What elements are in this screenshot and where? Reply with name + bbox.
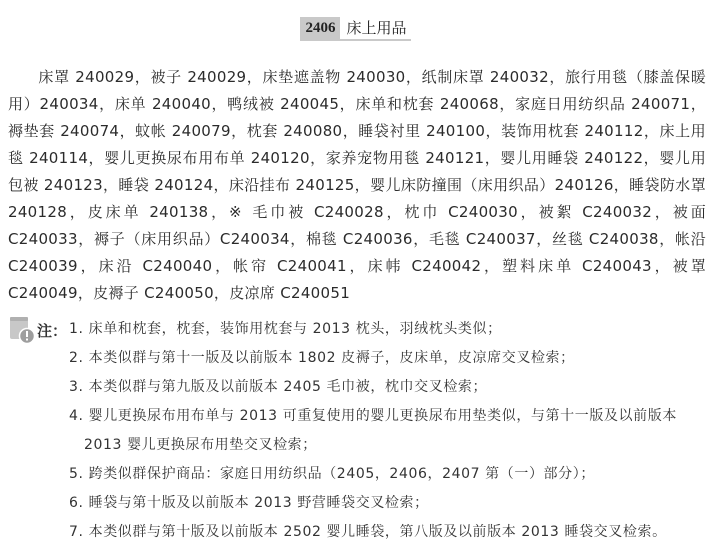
note-item: 3. 本类似群与第九版及以前版本 2405 毛巾被，枕巾交叉检索；: [69, 374, 705, 401]
note-item: 4. 婴儿更换尿布用布单与 2013 可重复使用的婴儿更换尿布用垫类似，与第十一…: [69, 403, 705, 430]
note-item: 2. 本类似群与第十一版及以前版本 1802 皮褥子，皮床单，皮凉席交叉检索；: [69, 345, 705, 372]
section-title: 2406 床上用品: [300, 17, 410, 41]
class-code: 2406: [300, 17, 340, 39]
goods-list-text: 床罩 240029，被子 240029，床垫遮盖物 240030，纸制床罩 24…: [8, 68, 706, 302]
notes-label: 注：: [37, 320, 67, 341]
goods-list-paragraph: 床罩 240029，被子 240029，床垫遮盖物 240030，纸制床罩 24…: [8, 64, 706, 307]
note-item: 5. 跨类似群保护商品：家庭日用纺织品（2405，2406，2407 第（一）部…: [69, 461, 705, 488]
note-item: 7. 本类似群与第十版及以前版本 2502 婴儿睡袋，第八版及以前版本 2013…: [69, 519, 705, 546]
note-item: 1. 床单和枕套，枕套，装饰用枕套与 2013 枕头，羽绒枕头类似；: [69, 316, 705, 343]
note-item: 6. 睡袋与第十版及以前版本 2013 野营睡袋交叉检索；: [69, 490, 705, 517]
note-item-continuation: 2013 婴儿更换尿布用垫交叉检索；: [84, 432, 711, 459]
section-header: 2406 床上用品: [0, 17, 711, 41]
class-name: 床上用品: [340, 17, 410, 39]
note-alert-icon: [9, 316, 35, 344]
